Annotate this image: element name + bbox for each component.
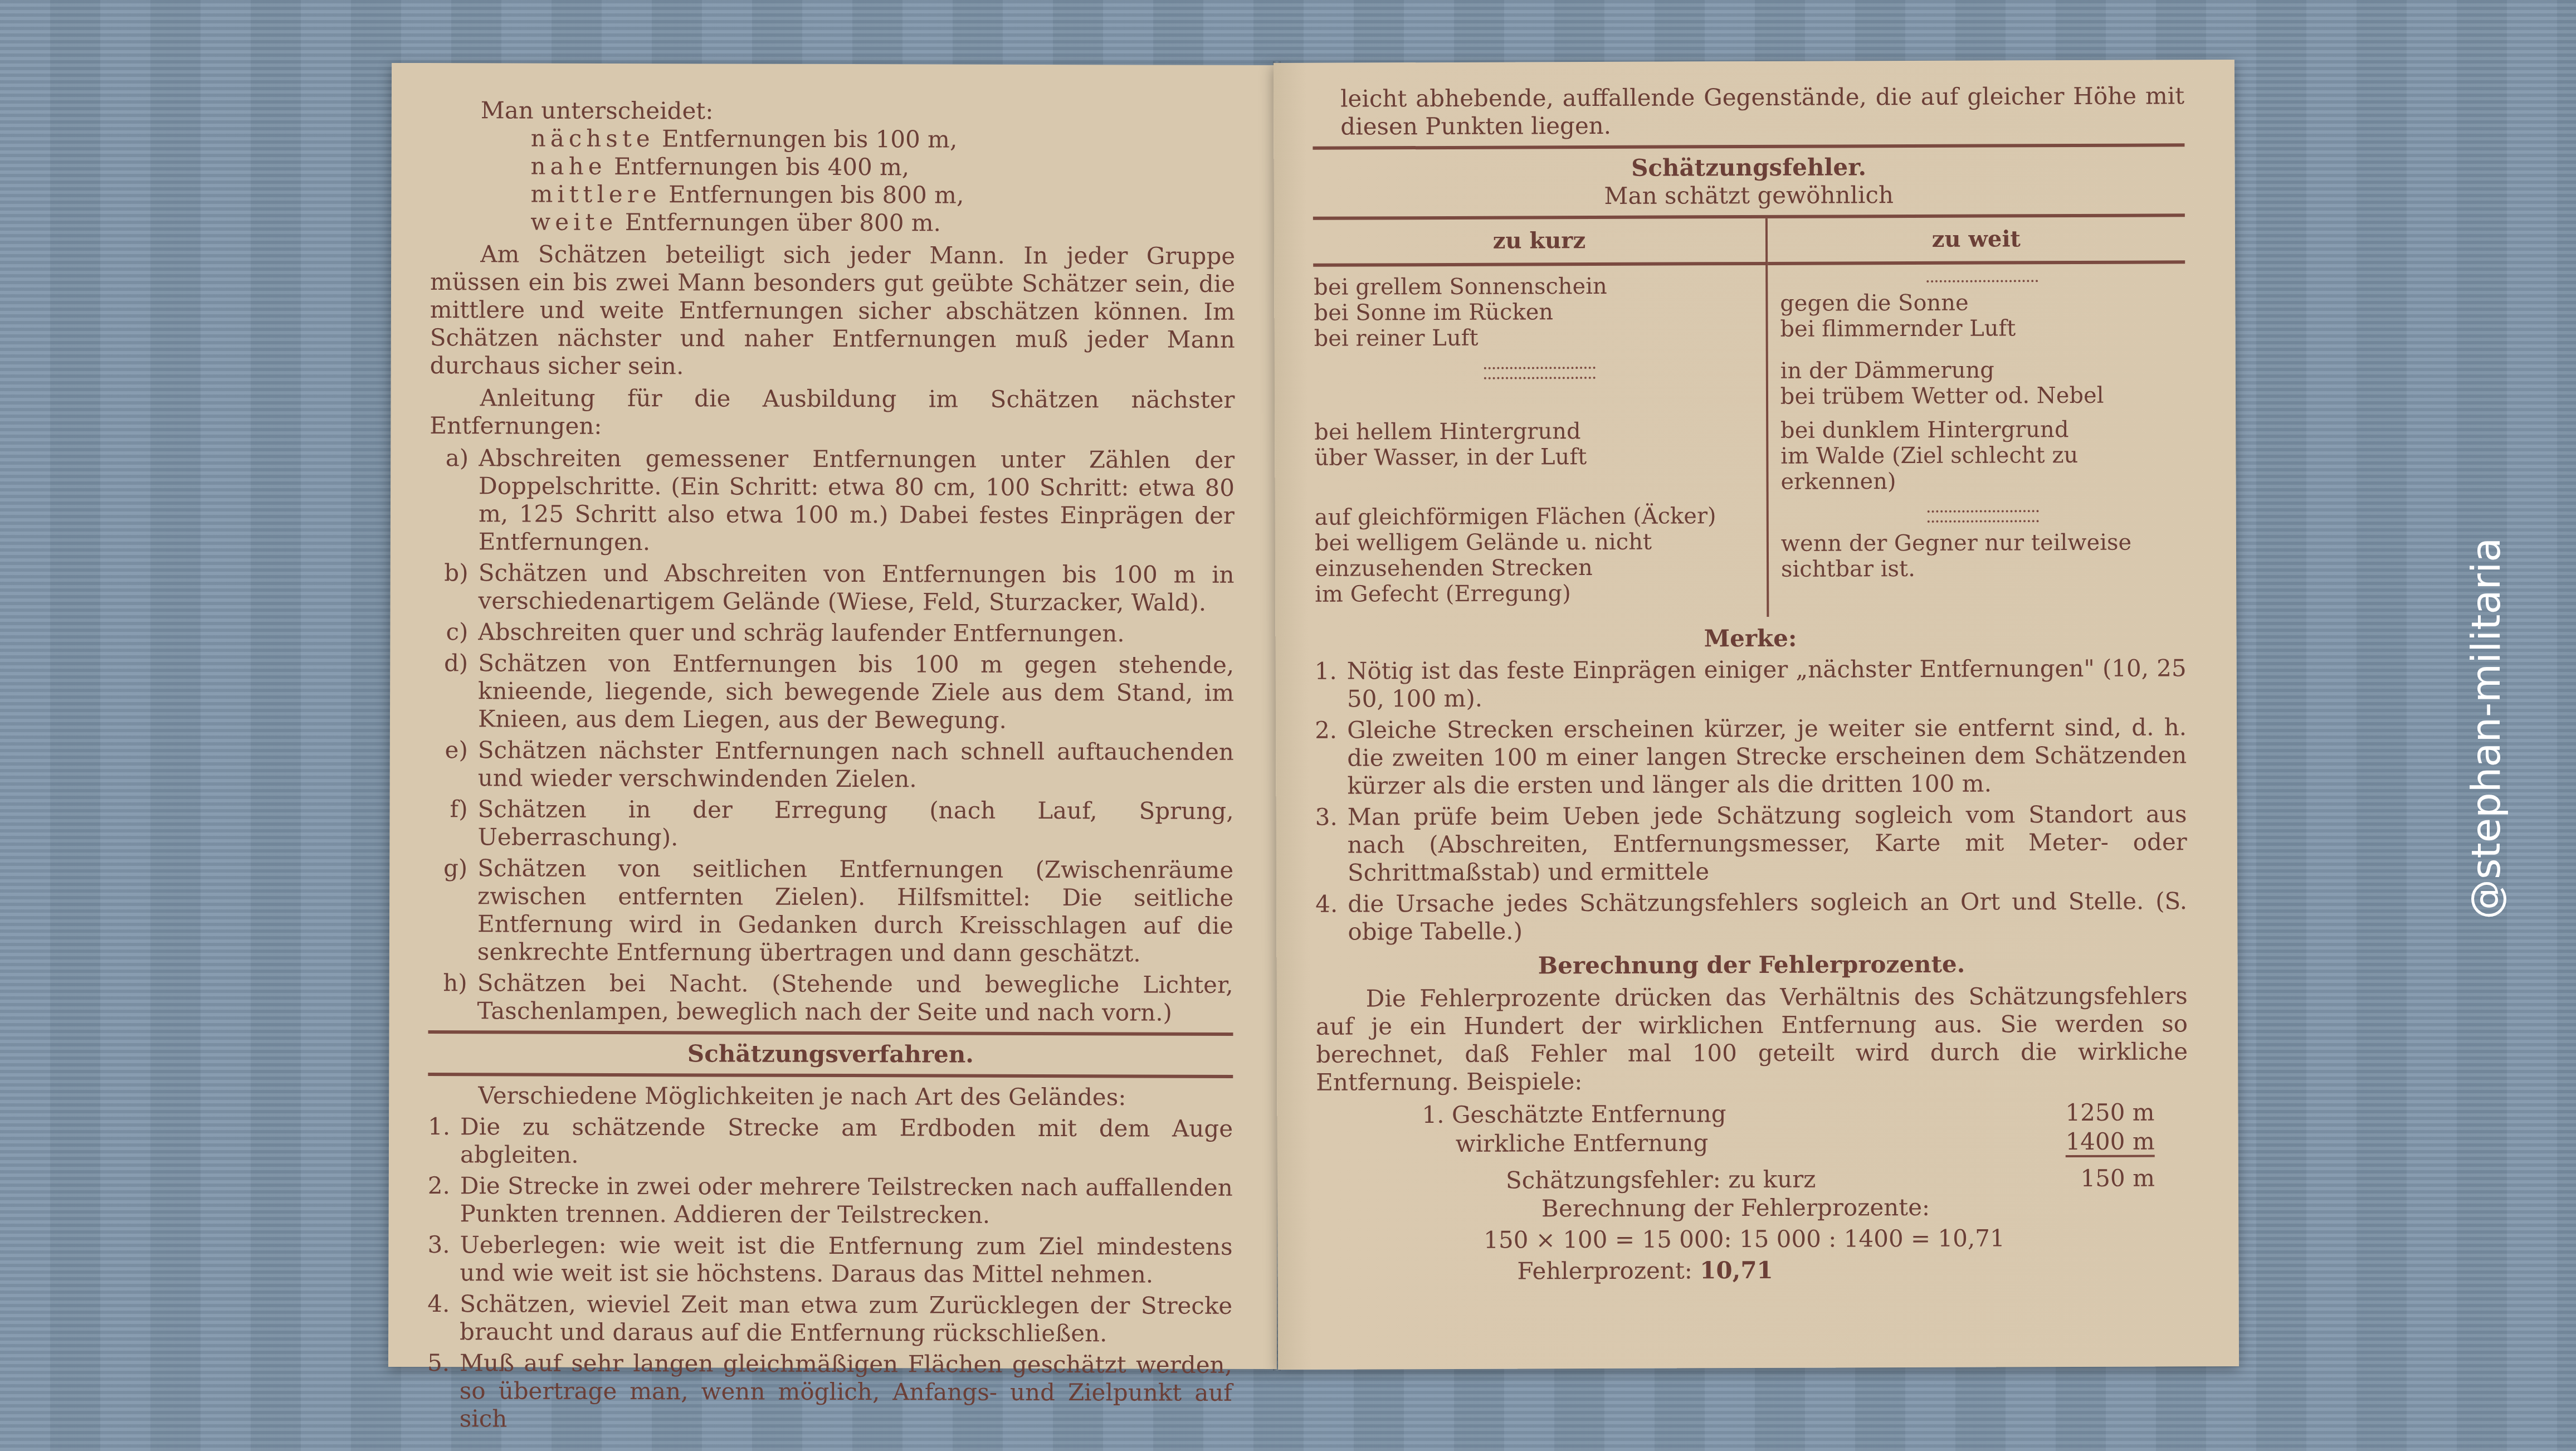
list-item: 1.Nötig ist das feste Einprägen einiger …: [1315, 654, 2187, 713]
list-item: 5.Muß auf sehr langen gleichmäßigen Fläc…: [427, 1349, 1232, 1435]
list-item: 3.Ueberlegen: wie weit ist die Entfernun…: [427, 1231, 1232, 1289]
merke-title: Merke:: [1314, 623, 2186, 654]
dotted-placeholder: [1928, 520, 2039, 523]
distance-item: nahe Entfernungen bis 400 m,: [531, 153, 1236, 182]
right-page: leicht abhebende, auffallende Gegenständ…: [1274, 60, 2239, 1370]
error-table: zu kurz zu weit bei grellem Sonnenschein…: [1313, 217, 2186, 618]
intro-text: Man unterscheidet:: [431, 96, 1236, 126]
merke-list: 1.Nötig ist das feste Einprägen einiger …: [1315, 654, 2188, 946]
paragraph: Anleitung für die Ausbildung im Schätzen…: [430, 384, 1235, 442]
calc-paragraph: Die Fehlerprozente drücken das Verhältni…: [1316, 982, 2188, 1096]
calc-title: Berechnung der Fehlerprozente.: [1315, 950, 2187, 980]
list-item: a)Abschreiten gemessener Entfernungen un…: [430, 444, 1235, 558]
training-list: a)Abschreiten gemessener Entfernungen un…: [428, 444, 1235, 1027]
result-line: Fehlerprozent: 10,71: [1316, 1255, 2188, 1286]
column-header-too-far: zu weit: [1767, 217, 2185, 264]
formula: 150 × 100 = 15 000: 15 000 : 1400 = 10,7…: [1316, 1224, 2188, 1254]
calc-heading: Berechnung der Fehlerprozente:: [1316, 1192, 2188, 1223]
example-row: Schätzungsfehler: zu kurz150 m: [1422, 1164, 2155, 1196]
dotted-placeholder: [1926, 280, 2038, 283]
divider: [428, 1030, 1233, 1036]
error-title: Schätzungsfehler.: [1313, 152, 2184, 183]
column-header-too-short: zu kurz: [1313, 218, 1767, 265]
distance-item: mittlere Entfernungen bis 800 m,: [530, 181, 1235, 210]
divider: [1313, 143, 2184, 149]
dotted-placeholder: [1484, 367, 1596, 369]
result-value: 10,71: [1700, 1257, 1773, 1284]
watermark: @stephan-militaria: [2462, 538, 2509, 919]
list-item: 4.Schätzen, wieviel Zeit man etwa zum Zu…: [427, 1290, 1232, 1348]
section-intro: Verschiedene Möglichkeiten je nach Art d…: [428, 1082, 1233, 1112]
dotted-placeholder: [1928, 510, 2039, 513]
list-item: e)Schätzen nächster Entfernungen nach sc…: [429, 736, 1234, 794]
left-page: Man unterscheidet: nächste Entfernungen …: [388, 63, 1280, 1369]
list-item: f)Schätzen in der Erregung (nach Lauf, S…: [428, 795, 1233, 853]
section-title: Schätzungsverfahren.: [428, 1039, 1233, 1069]
continued-text: leicht abhebende, auffallende Gegenständ…: [1313, 82, 2184, 140]
list-item: 4.die Ursache jedes Schätzungsfehlers so…: [1315, 887, 2187, 946]
methods-list: 1.Die zu schätzende Strecke am Erdboden …: [427, 1113, 1233, 1435]
table-row: auf gleichförmigen Flächen (Äcker) bei w…: [1314, 494, 2187, 618]
example-block: 1. Geschätzte Entfernung1250 m wirkliche…: [1316, 1098, 2188, 1195]
distance-list: nächste Entfernungen bis 100 m, nahe Ent…: [430, 124, 1236, 238]
example-row: 1. Geschätzte Entfernung1250 m: [1422, 1098, 2154, 1130]
list-item: 1.Die zu schätzende Strecke am Erdboden …: [428, 1113, 1233, 1171]
paragraph: Am Schätzen beteiligt sich jeder Mann. I…: [430, 240, 1236, 382]
list-item: b)Schätzen und Abschreiten von Entfernun…: [429, 559, 1234, 617]
distance-item: nächste Entfernungen bis 100 m,: [531, 125, 1236, 154]
table-row: bei grellem Sonnenschein bei Sonne im Rü…: [1313, 262, 2185, 352]
list-item: 2.Die Strecke in zwei oder mehrere Teils…: [428, 1172, 1233, 1230]
list-item: c)Abschreiten quer und schräg laufender …: [429, 618, 1234, 648]
list-item: 3.Man prüfe beim Ueben jede Schätzung so…: [1315, 800, 2188, 887]
example-row: wirkliche Entfernung1400 m: [1422, 1127, 2155, 1159]
dotted-placeholder: [1484, 377, 1596, 379]
list-item: 2.Gleiche Strecken erscheinen kürzer, je…: [1315, 713, 2187, 800]
error-subtitle: Man schätzt gewöhnlich: [1313, 180, 2185, 211]
list-item: g)Schätzen von seitlichen Entfernungen (…: [428, 854, 1234, 968]
list-item: h)Schätzen bei Nacht. (Stehende und bewe…: [428, 969, 1233, 1027]
distance-item: weite Entfernungen über 800 m.: [530, 208, 1235, 238]
divider: [428, 1073, 1233, 1078]
list-item: d)Schätzen von Entfernungen bis 100 m ge…: [429, 649, 1234, 735]
table-row: in der Dämmerung bei trübem Wetter od. N…: [1314, 349, 2185, 411]
table-row: bei hellem Hintergrund über Wasser, in d…: [1314, 408, 2186, 496]
